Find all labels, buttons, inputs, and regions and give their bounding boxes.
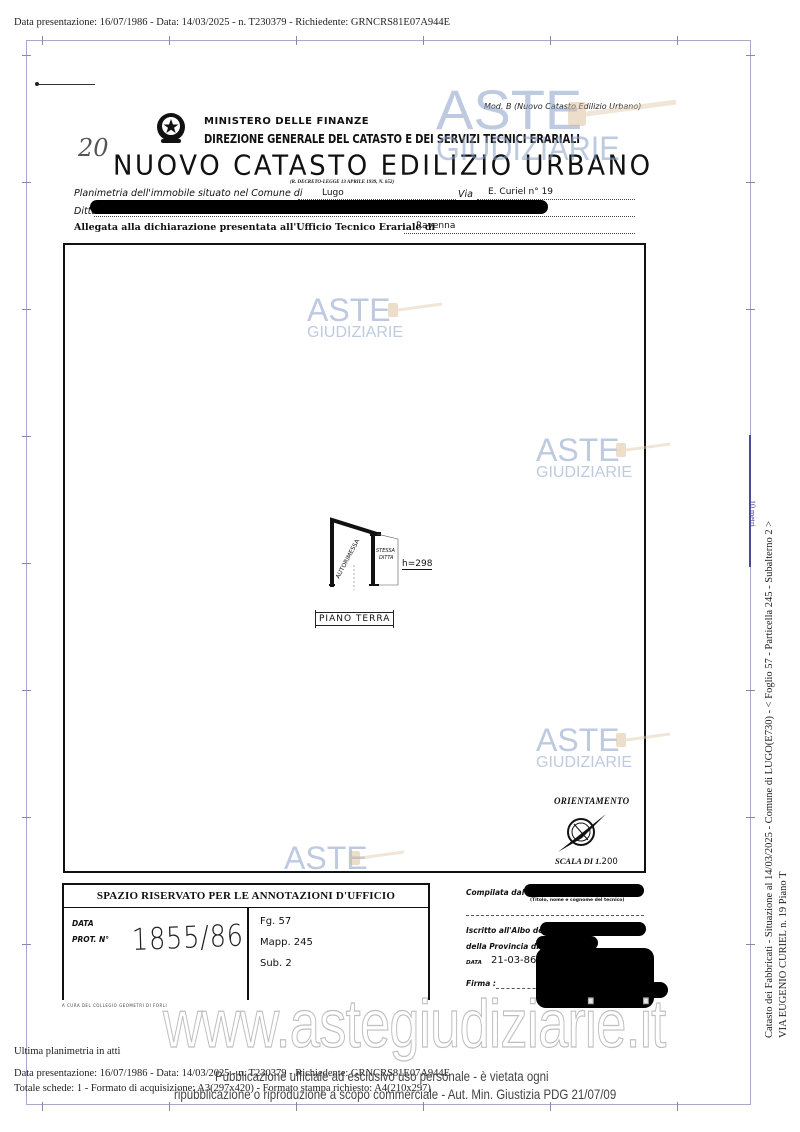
planimetria-label: Planimetria dell'immobile situato nel Co… bbox=[74, 188, 302, 199]
ruler-tick bbox=[746, 182, 755, 183]
ruler-tick bbox=[42, 1102, 43, 1111]
mappale-value: Mapp. 245 bbox=[260, 937, 313, 948]
watermark-giudiziarie-text: GIUDIZIARIE bbox=[536, 464, 632, 482]
cura-note: A CURA DEL COLLEGIO GEOMETRI DI FORLI bbox=[62, 1003, 167, 1008]
gavel-icon bbox=[568, 96, 678, 136]
compilata-dotline bbox=[466, 914, 644, 916]
annotation-prot-label: PROT. N° bbox=[72, 935, 109, 944]
ruler-tick bbox=[550, 36, 551, 45]
redacted-albo bbox=[540, 922, 646, 936]
office-annotations-box: SPAZIO RISERVATO PER LE ANNOTAZIONI D'UF… bbox=[62, 883, 430, 1000]
compilata-sub: (Titolo, nome e cognome del tecnico) bbox=[530, 898, 624, 903]
ruler-tick bbox=[746, 309, 755, 310]
ruler-tick bbox=[169, 1102, 170, 1111]
ufficio-dotline bbox=[404, 232, 635, 234]
via-label: Via bbox=[458, 189, 473, 200]
ruler-tick bbox=[22, 690, 31, 691]
floor-label: PIANO TERRA bbox=[315, 612, 394, 626]
compiler-date: 21-03-86 bbox=[491, 955, 536, 966]
protocol-number: 1855/86 bbox=[131, 918, 244, 958]
via-value: E. Curiel n° 19 bbox=[488, 187, 553, 197]
scale-label: SCALA DI 1.200 bbox=[555, 856, 618, 867]
redacted-technician bbox=[524, 884, 644, 897]
document-header: Data presentazione: 16/07/1986 - Data: 1… bbox=[14, 17, 450, 28]
ministry-name: MINISTERO DELLE FINANZE bbox=[204, 116, 369, 127]
iscritto-label: Iscritto all'Albo de bbox=[466, 926, 543, 935]
planimetria-row: Planimetria dell'immobile situato nel Co… bbox=[74, 188, 302, 199]
ruler-tick bbox=[296, 1102, 297, 1111]
data-label: DATA bbox=[466, 960, 482, 966]
comune-value: Lugo bbox=[322, 188, 344, 198]
ruler-tick bbox=[423, 1102, 424, 1111]
ruler-tick bbox=[22, 944, 31, 945]
provincia-label: della Provincia di bbox=[466, 942, 539, 951]
footer-ultima: Ultima planimetria in atti bbox=[14, 1046, 120, 1057]
redacted-owner bbox=[90, 200, 548, 214]
scale-prefix: SCALA DI 1. bbox=[555, 856, 602, 866]
ruler-tick bbox=[22, 563, 31, 564]
ruler-tick bbox=[746, 817, 755, 818]
room-label-autorimessa: AUTORIMESSA bbox=[335, 537, 362, 580]
svg-text:DITTA: DITTA bbox=[379, 555, 394, 561]
scale-bar-label: 10 metri bbox=[748, 500, 757, 527]
watermark-site: www.astegiudiziarie.it bbox=[163, 985, 665, 1063]
ruler-tick bbox=[22, 817, 31, 818]
ufficio-value: Ravenna bbox=[416, 221, 455, 231]
compilata-label: Compilata dal bbox=[466, 888, 524, 897]
decree-reference: (R. DECRETO-LEGGE 13 APRILE 1939, N. 652… bbox=[290, 180, 394, 185]
ruler-tick bbox=[746, 944, 755, 945]
orientation-label: ORIENTAMENTO bbox=[554, 796, 629, 806]
ruler-tick bbox=[22, 309, 31, 310]
gavel-icon bbox=[616, 440, 672, 464]
annotation-data-label: DATA bbox=[72, 919, 94, 928]
gavel-icon bbox=[388, 300, 444, 324]
ruler-tick bbox=[42, 36, 43, 45]
publication-notice-1: Pubblicazione ufficiale ad esclusivo uso… bbox=[215, 1068, 549, 1084]
watermark-giudiziarie-text: GIUDIZIARIE bbox=[536, 754, 632, 772]
annotations-title: SPAZIO RISERVATO PER LE ANNOTAZIONI D'UF… bbox=[64, 885, 428, 908]
ceiling-height: h=298 bbox=[402, 559, 432, 570]
ruler-tick bbox=[746, 55, 755, 56]
gavel-icon bbox=[350, 848, 406, 872]
ditta-dotline bbox=[94, 215, 635, 217]
handwritten-number: 20 bbox=[78, 134, 109, 162]
ruler-tick bbox=[22, 436, 31, 437]
ruler-tick bbox=[677, 1102, 678, 1111]
publication-notice-2: ripubblicazione o riproduzione a scopo c… bbox=[174, 1086, 616, 1102]
foglio-value: Fg. 57 bbox=[260, 916, 291, 927]
ruler-tick bbox=[22, 55, 31, 56]
svg-text:STESSA: STESSA bbox=[376, 548, 396, 554]
floor-plan-drawing: AUTORIMESSA STESSA DITTA bbox=[325, 515, 415, 590]
ruler-tick bbox=[423, 36, 424, 45]
allegata-label: Allegata alla dichiarazione presentata a… bbox=[74, 222, 435, 233]
side-address: VIA EUGENIO CURIEL n. 19 Piano T bbox=[778, 871, 789, 1038]
side-cadastre-info: Catasto dei Fabbricati - Situazione al 1… bbox=[764, 521, 775, 1038]
gavel-icon bbox=[616, 730, 672, 754]
ruler-tick bbox=[169, 36, 170, 45]
italian-emblem-icon bbox=[153, 110, 189, 146]
ruler-tick bbox=[746, 690, 755, 691]
ruler-tick bbox=[677, 36, 678, 45]
ruler-tick bbox=[296, 36, 297, 45]
scale-value: 200 bbox=[602, 857, 618, 867]
subalterno-value: Sub. 2 bbox=[260, 958, 292, 969]
ruler-tick bbox=[550, 1102, 551, 1111]
ruler-tick bbox=[22, 182, 31, 183]
compass-icon bbox=[556, 808, 612, 856]
corner-registration-mark bbox=[37, 84, 95, 85]
watermark-giudiziarie-text: GIUDIZIARIE bbox=[307, 324, 403, 342]
